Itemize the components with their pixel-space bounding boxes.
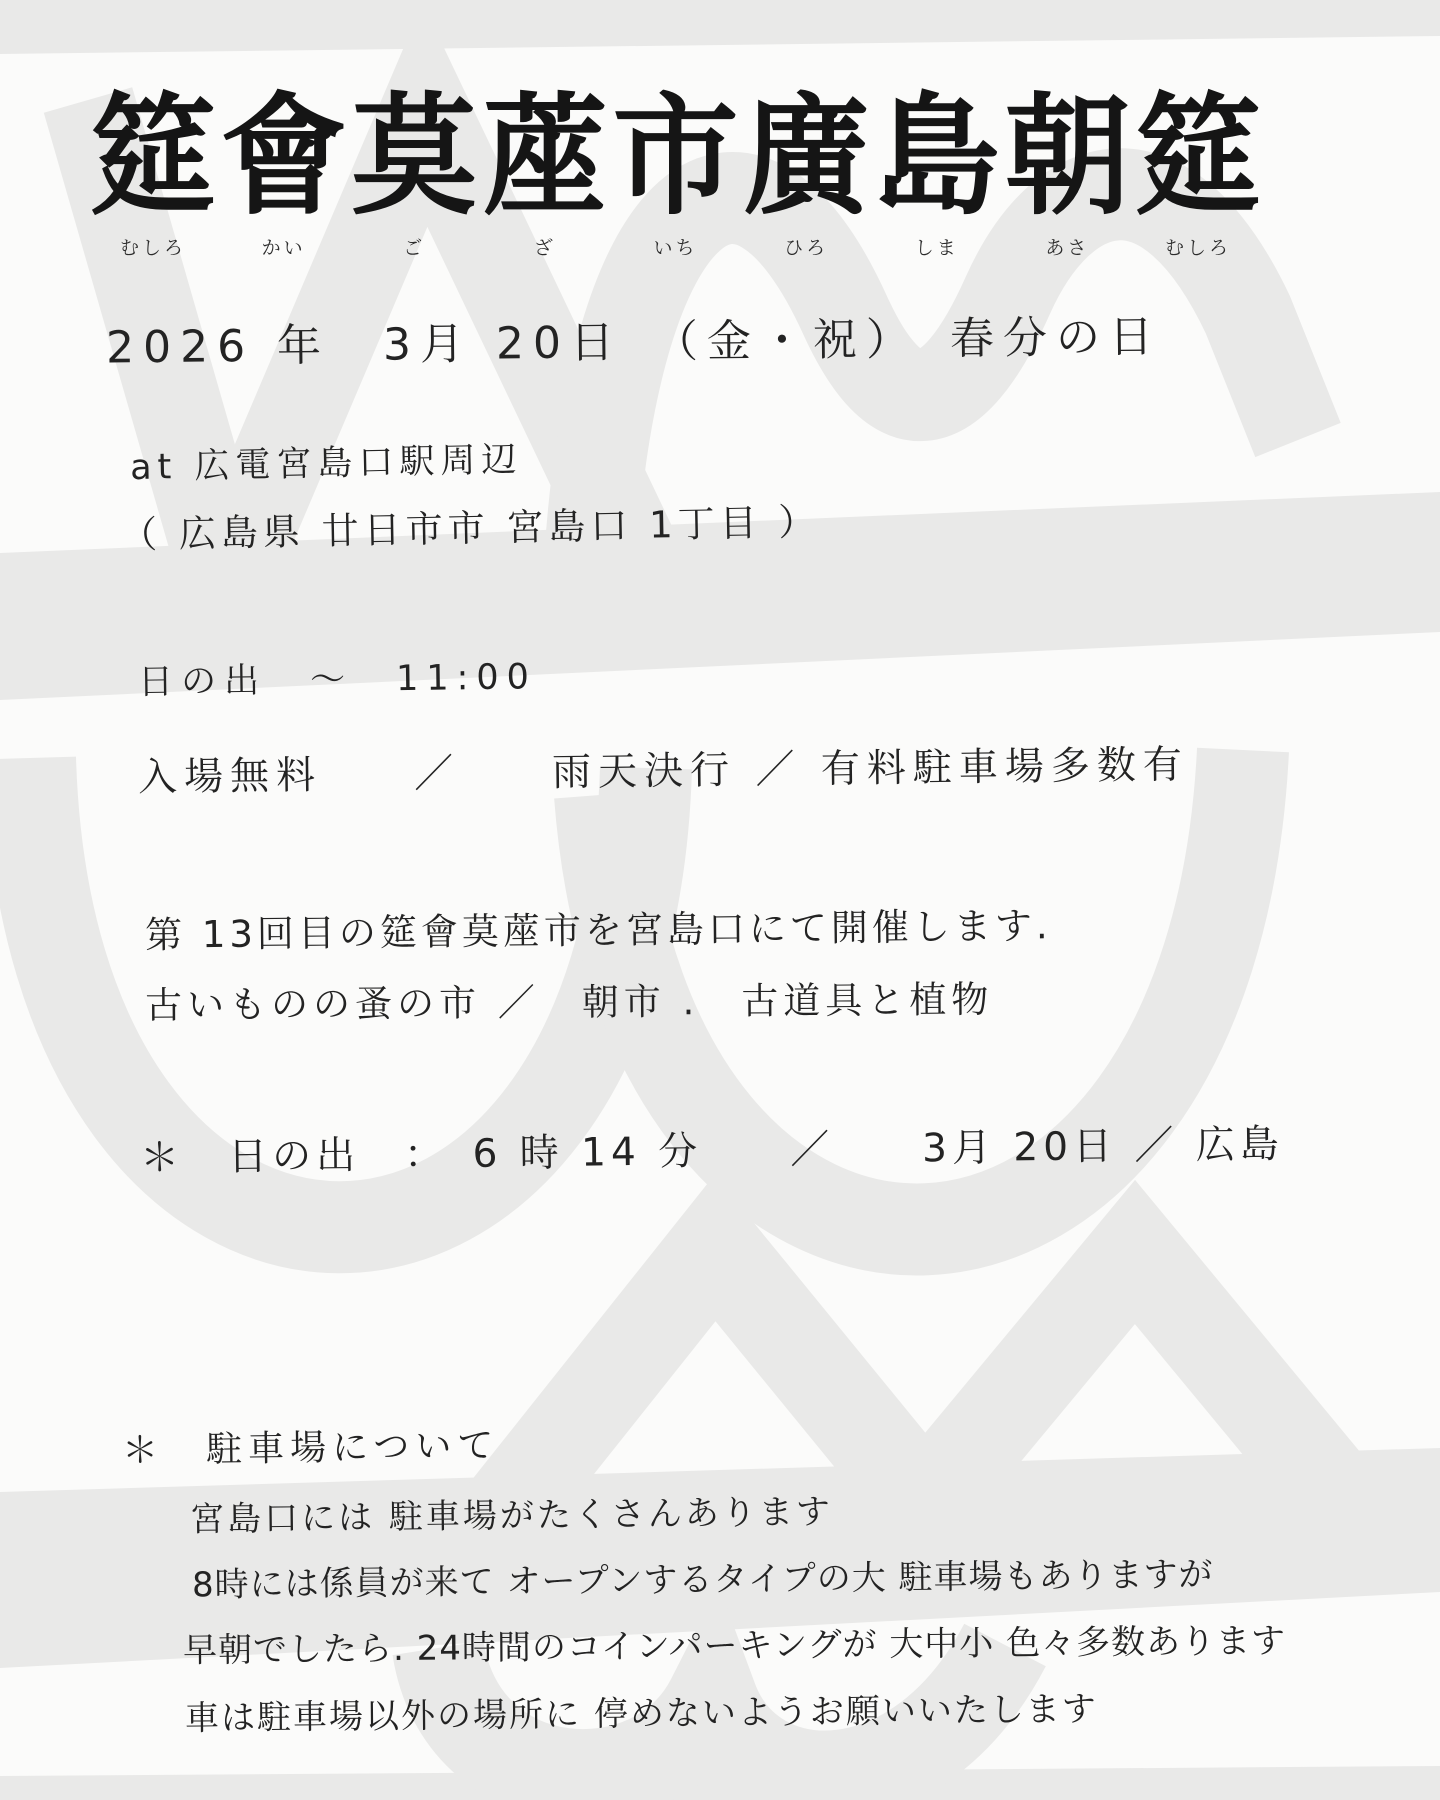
flyer-poster: 筵 むしろ 會 かい 莫 ご 蓙 ざ 市 いち 廣 ひろ 島 しま 朝 あさ xyxy=(0,0,1440,1800)
title-furigana: ご xyxy=(403,233,425,260)
venue-station: at 広電宮島口駅周辺 xyxy=(130,432,523,490)
title-char: 會 かい xyxy=(219,86,349,260)
event-hours: 日の出 〜 11:00 xyxy=(138,649,538,705)
title-furigana: ざ xyxy=(534,233,556,260)
title-char: 朝 あさ xyxy=(1002,86,1132,260)
title-kanji: 筵 xyxy=(1135,83,1261,230)
title-furigana: むしろ xyxy=(120,233,186,260)
event-description-1: 第 13回目の筵會莫蓙市を宮島口にて開催します. xyxy=(145,895,1052,958)
title-char: 莫 ご xyxy=(349,86,479,260)
event-description-2: 古いものの蚤の市 ／ 朝市 . 古道具と植物 xyxy=(145,969,994,1029)
title-kanji: 蓙 xyxy=(482,83,608,230)
title-kanji: 島 xyxy=(874,83,1000,230)
title-char: 蓙 ざ xyxy=(480,86,610,260)
parking-note-line: 宮島口には 駐車場がたくさんあります xyxy=(190,1484,833,1541)
title-kanji: 會 xyxy=(221,83,347,230)
title-furigana: かい xyxy=(262,233,306,260)
event-date: 2026 年 3月 20日 （金・祝） 春分の日 xyxy=(106,300,1163,375)
parking-heading: ＊ 駐車場について xyxy=(122,1417,500,1473)
title-char: 筵 むしろ xyxy=(88,86,218,260)
title-furigana: あさ xyxy=(1045,233,1089,260)
title-kanji: 廣 xyxy=(743,83,869,230)
title-furigana: ひろ xyxy=(784,233,828,260)
title-furigana: いち xyxy=(653,233,697,260)
event-title: 筵 むしろ 會 かい 莫 ご 蓙 ざ 市 いち 廣 ひろ 島 しま 朝 あさ xyxy=(88,86,1263,260)
title-kanji: 筵 xyxy=(90,83,216,230)
title-kanji: 莫 xyxy=(351,83,477,230)
parking-note-line: 早朝でしたら. 24時間のコインパーキングが 大中小 色々多数あります xyxy=(183,1613,1286,1672)
title-kanji: 朝 xyxy=(1004,83,1130,230)
title-furigana: しま xyxy=(915,233,959,260)
title-char: 筵 むしろ xyxy=(1133,86,1263,260)
title-char: 島 しま xyxy=(872,86,1002,260)
parking-note-line: 車は駐車場以外の場所に 停めないようお願いいたします xyxy=(185,1681,1098,1740)
title-char: 廣 ひろ xyxy=(741,86,871,260)
title-furigana: むしろ xyxy=(1165,233,1231,260)
title-kanji: 市 xyxy=(613,83,739,230)
title-char: 市 いち xyxy=(611,86,741,260)
